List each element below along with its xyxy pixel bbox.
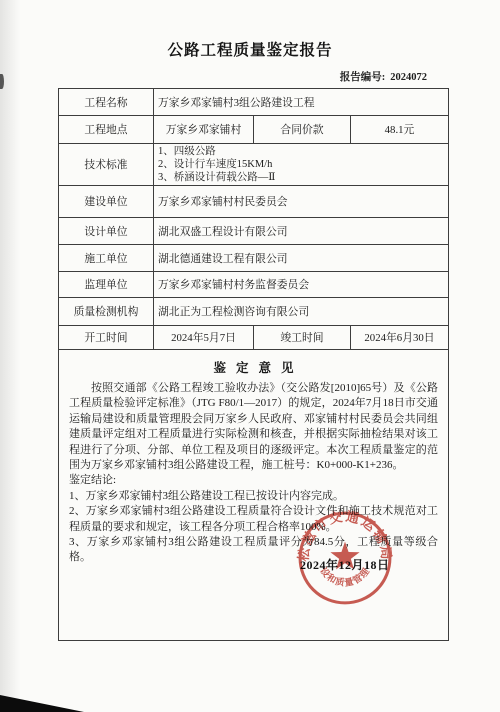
row-project-name: 工程名称 万家乡邓家铺村3组公路建设工程 <box>59 89 449 116</box>
row-dates: 开工时间 2024年5月7日 竣工时间 2024年6月30日 <box>59 326 449 350</box>
quality-inspection-agency-value: 湖北正为工程检测咨询有限公司 <box>154 298 449 326</box>
contractor-unit-label: 施工单位 <box>59 245 154 272</box>
row-contractor-unit: 施工单位 湖北德通建设工程有限公司 <box>59 245 449 272</box>
contract-price-value: 48.1元 <box>351 116 449 144</box>
project-location-label: 工程地点 <box>59 116 154 144</box>
technical-standard-line-1: 1、四级公路 <box>158 145 444 158</box>
start-date-label: 开工时间 <box>59 326 154 350</box>
row-project-location: 工程地点 万家乡邓家铺村 合同价款 48.1元 <box>59 116 449 144</box>
conclusion-label: 鉴定结论: <box>69 473 438 488</box>
conclusion-item-1: 1、万家乡邓家铺村3组公路建设工程已按设计内容完成。 <box>69 489 438 504</box>
document-title: 公路工程质量鉴定报告 <box>0 38 500 60</box>
completion-date-value: 2024年6月30日 <box>351 326 449 350</box>
scan-artifact-bottom-left <box>0 695 84 712</box>
project-location-value: 万家乡邓家铺村 <box>154 116 254 144</box>
report-number: 报告编号:2024072 <box>340 69 427 84</box>
appraisal-opinion-cell: 鉴定意见 按照交通部《公路工程竣工验收办法》（交公路发[2010]65号）及《公… <box>59 350 449 641</box>
star-icon <box>330 542 359 570</box>
project-info-table: 工程名称 万家乡邓家铺村3组公路建设工程 工程地点 万家乡邓家铺村 合同价款 4… <box>58 88 449 641</box>
design-unit-label: 设计单位 <box>59 218 154 245</box>
official-stamp: 松滋市交通运输局 建设和质量管理股 <box>295 508 395 608</box>
design-unit-value: 湖北双盛工程设计有限公司 <box>154 218 449 245</box>
construction-unit-value: 万家乡邓家铺村村民委员会 <box>154 186 449 218</box>
completion-date-label: 竣工时间 <box>254 326 351 350</box>
project-name-label: 工程名称 <box>59 89 154 116</box>
construction-unit-label: 建设单位 <box>59 186 154 218</box>
report-number-value: 2024072 <box>390 72 427 83</box>
appraisal-opinion-header: 鉴定意见 <box>63 358 444 376</box>
row-construction-unit: 建设单位 万家乡邓家铺村村民委员会 <box>59 186 449 218</box>
contractor-unit-value: 湖北德通建设工程有限公司 <box>154 245 449 272</box>
row-technical-standards: 技术标准 1、四级公路 2、设计行车速度15KM/h 3、桥涵设计荷载公路—Ⅱ <box>59 144 449 186</box>
report-number-label: 报告编号: <box>340 72 386 83</box>
appraisal-paragraph: 按照交通部《公路工程竣工验收办法》（交公路发[2010]65号）及《公路工程质量… <box>69 381 438 473</box>
row-quality-inspection-agency: 质量检测机构 湖北正为工程检测咨询有限公司 <box>59 298 449 326</box>
project-name-value: 万家乡邓家铺村3组公路建设工程 <box>154 89 449 116</box>
technical-standards-value: 1、四级公路 2、设计行车速度15KM/h 3、桥涵设计荷载公路—Ⅱ <box>154 144 449 186</box>
technical-standards-label: 技术标准 <box>59 144 154 186</box>
row-design-unit: 设计单位 湖北双盛工程设计有限公司 <box>59 218 449 245</box>
quality-inspection-agency-label: 质量检测机构 <box>59 298 154 326</box>
row-supervision-unit: 监理单位 万家乡邓家铺村村务监督委员会 <box>59 272 449 298</box>
supervision-unit-value: 万家乡邓家铺村村务监督委员会 <box>154 272 449 298</box>
scanned-report-page: 公路工程质量鉴定报告 报告编号:2024072 工程名称 万家乡邓家铺村3组公路… <box>0 0 500 712</box>
scan-artifact-top-left <box>0 74 4 89</box>
start-date-value: 2024年5月7日 <box>154 326 254 350</box>
scan-edge-shadow <box>0 0 20 712</box>
row-appraisal-opinion: 鉴定意见 按照交通部《公路工程竣工验收办法》（交公路发[2010]65号）及《公… <box>59 350 449 641</box>
technical-standard-line-2: 2、设计行车速度15KM/h <box>158 158 444 171</box>
contract-price-label: 合同价款 <box>254 116 351 144</box>
supervision-unit-label: 监理单位 <box>59 272 154 298</box>
technical-standard-line-3: 3、桥涵设计荷载公路—Ⅱ <box>158 171 444 184</box>
